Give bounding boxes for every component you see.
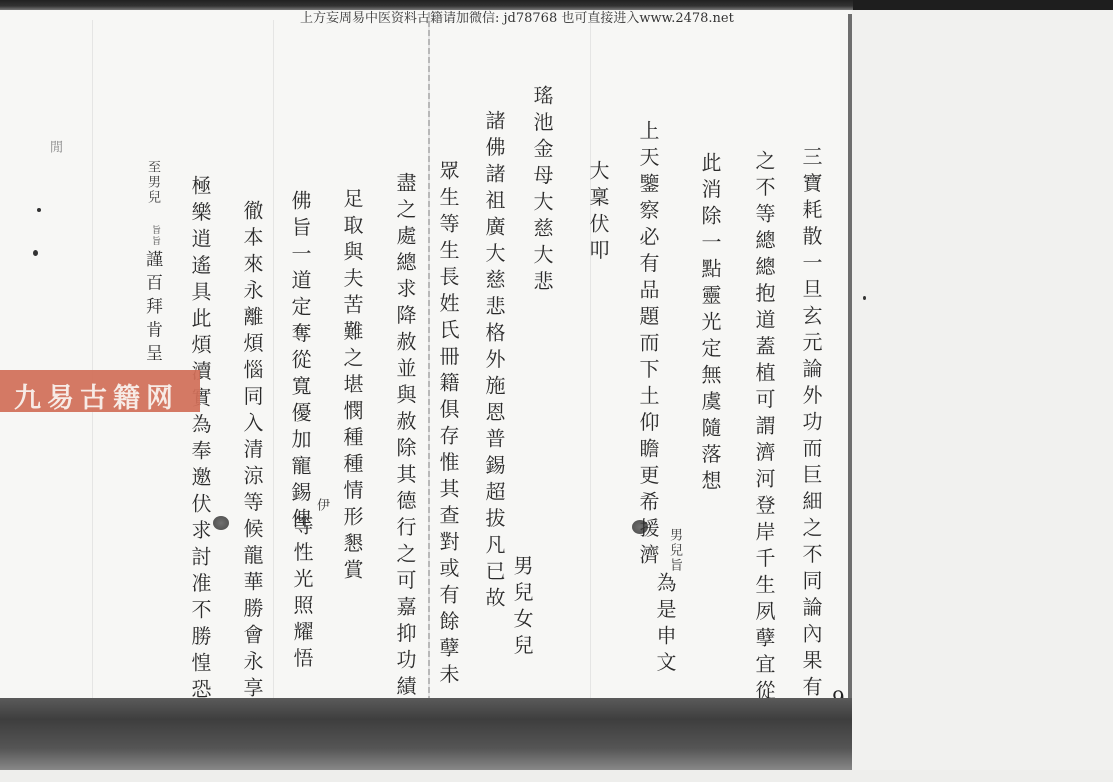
banner-label: 九易古籍网: [14, 376, 179, 415]
text-column-7: 諸佛諸祖廣大慈悲格外施恩普錫超拔凡已故: [484, 110, 504, 614]
text-column-4-tail: 為是申文: [655, 572, 675, 678]
ink-seal-mark: [632, 520, 648, 534]
text-column-13: 極樂逍遙具此煩瀆實為奉邀伏求討准不勝惶恐之: [190, 175, 210, 732]
text-column-11-tail: 等性光照耀悟: [292, 515, 312, 674]
text-column-14-tail: 謹百拜肯呈: [143, 250, 160, 368]
text-column-11: 佛旨一道定奪從寬優加寵錫俾: [290, 190, 310, 535]
ink-speck: [37, 208, 41, 212]
text-column-14: 至男兒: [146, 160, 159, 205]
text-column-9: 盡之處總求降赦並與赦除其德行之可嘉抑功績之: [395, 172, 415, 729]
text-note-small: 旨旨: [150, 225, 159, 247]
ink-seal-mark: [213, 516, 229, 530]
page-edge: [848, 14, 852, 774]
page-fold-line: [428, 12, 430, 712]
text-column-8: 眾生等生長姓氏冊籍俱存惟其查對或有餘孽未: [438, 160, 458, 690]
ink-speck: [33, 250, 38, 256]
ruling-line: [92, 20, 93, 700]
scan-background: [852, 10, 1113, 782]
ruling-line: [590, 20, 591, 700]
text-column-5: 大稟伏叩: [588, 160, 608, 266]
scan-bottom-margin: [0, 770, 1113, 782]
scan-bottom-shadow: [0, 698, 852, 770]
text-column-10: 足取與夫苦難之堪憫種種情形懇賞: [342, 188, 362, 586]
text-column-3: 此消除一點靈光定無虞隨落想: [700, 152, 720, 497]
ink-speck: [863, 296, 866, 300]
text-column-7-tail: 男兒女兒: [512, 555, 532, 661]
text-column-1: 三寶耗散一旦玄元論外功而巨細之不同論內果有愚明: [801, 146, 821, 756]
text-column-12: 徹本來永離煩惱同入清涼等候龍華勝會永享: [242, 200, 262, 704]
text-note-small: 伊: [315, 498, 328, 513]
text-note-small: 男兒旨: [668, 528, 681, 573]
site-banner-watermark: 九易古籍网: [0, 370, 200, 412]
ruling-line: [273, 20, 274, 700]
header-watermark: 上方妄周易中医资料古籍请加微信: jd78768 也可直接进入www.2478.…: [300, 7, 734, 26]
margin-mark: 閒: [45, 140, 64, 153]
text-column-6: 瑤池金母大慈大悲: [532, 85, 552, 297]
text-column-4: 上天鑒察必有品題而下土仰瞻更希援濟: [638, 120, 658, 571]
text-column-2: 之不等總總抱道蓋植可謂濟河登岸千生夙孽宜從: [754, 150, 774, 707]
